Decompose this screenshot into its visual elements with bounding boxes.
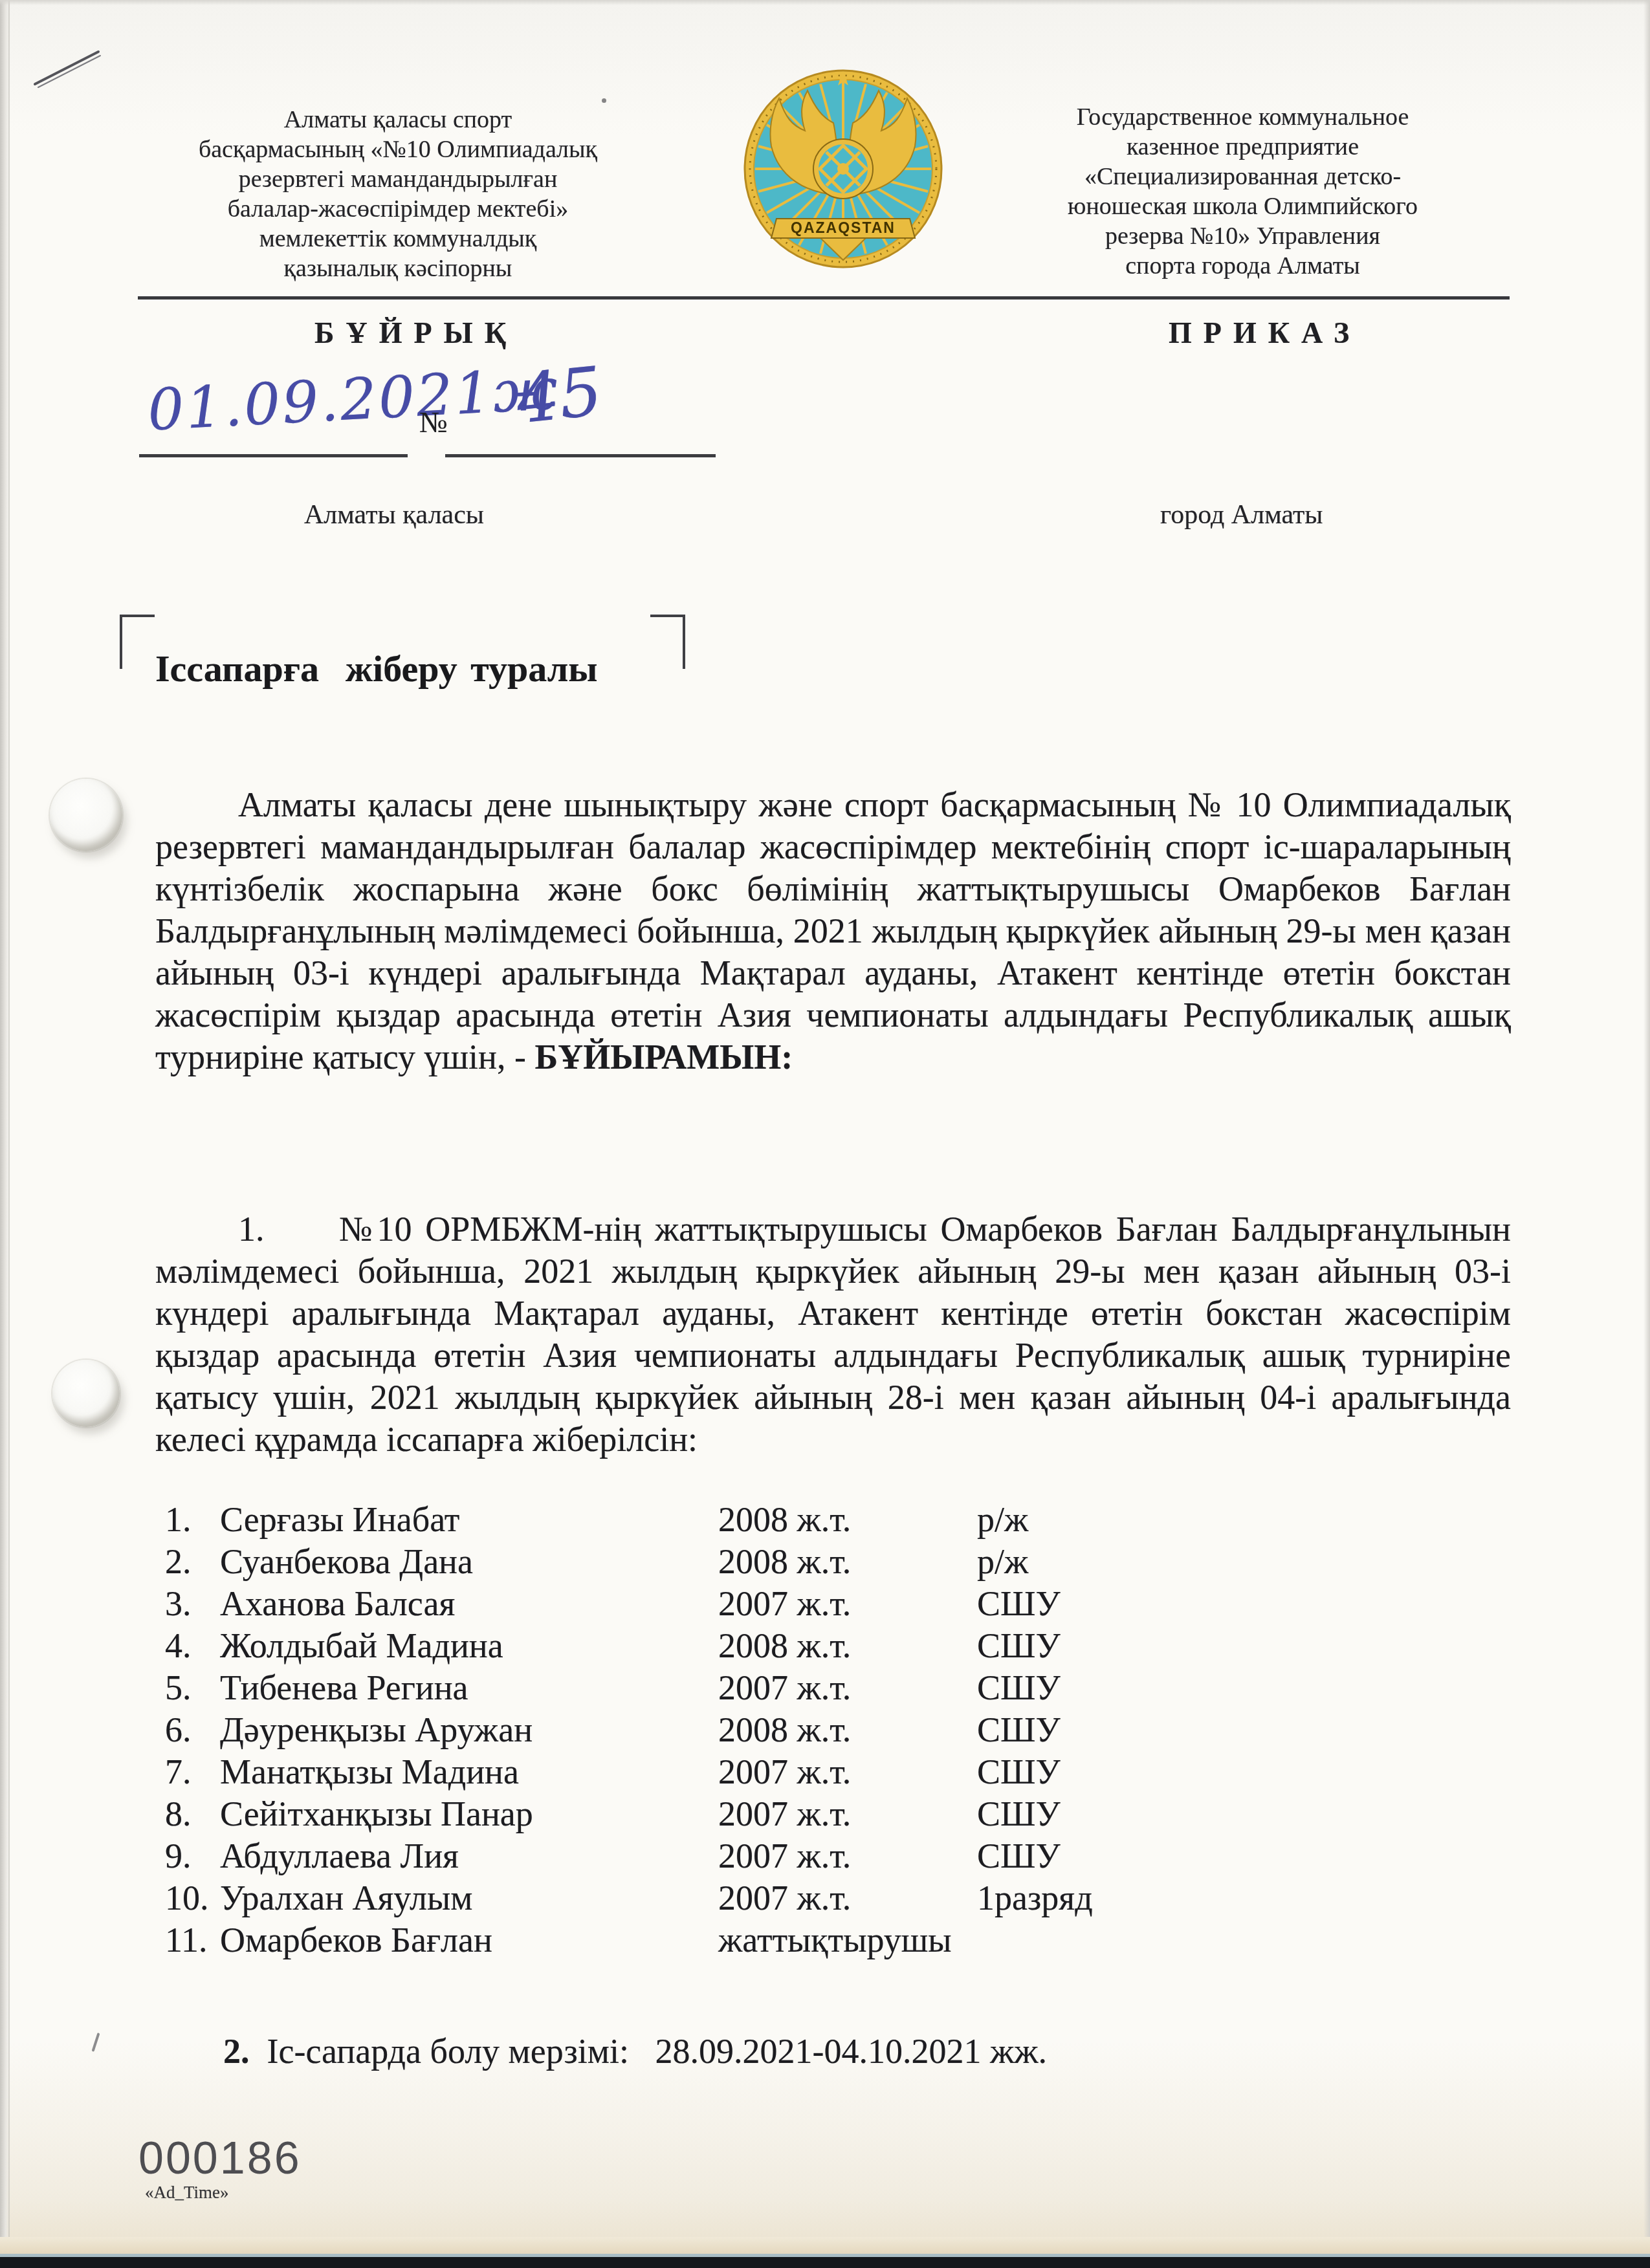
roster-number: 2. [165,1542,220,1584]
roster-category: р/ж [977,1542,1184,1584]
roster-category: СШУ [977,1626,1184,1668]
roster-number: 4. [165,1626,220,1668]
pen-mark [31,45,109,91]
roster-number: 8. [165,1794,220,1836]
table-row: 9.Абдуллаева Лия2007 ж.т.СШУ [165,1836,1184,1878]
roster-category: р/ж [977,1499,1184,1542]
roster-birth-year: 2008 ж.т. [718,1499,977,1542]
roster-name: Сейітханқызы Панар [220,1794,718,1836]
roster-name: Серғазы Инабат [220,1499,718,1542]
roster-number: 5. [165,1668,220,1710]
number-underline [445,454,716,457]
org-name-russian: Государственное коммунальное казенное пр… [1028,102,1458,281]
table-row: 7.Манатқызы Мадина2007 ж.т.СШУ [165,1752,1184,1794]
scan-bottom-bar [0,2257,1650,2268]
document-serial-number: 000186 [138,2132,302,2184]
scan-speck [602,98,606,103]
roster-number: 3. [165,1584,220,1626]
roster-category: СШУ [977,1794,1184,1836]
roster-name: Аханова Балсая [220,1584,718,1626]
roster-birth-year: 2007 ж.т. [718,1668,977,1710]
table-row: 1.Серғазы Инабат2008 ж.т.р/ж [165,1499,1184,1542]
roster-category: СШУ [977,1584,1184,1626]
handwritten-date: 01.09.2021ж [146,355,561,443]
corner-mark-right [650,615,685,669]
roster-name: Тибенева Регина [220,1668,718,1710]
roster-number: 1. [165,1499,220,1542]
roster-number: 6. [165,1710,220,1752]
table-row: 11.Омарбеков Бағланжаттықтырушы [165,1920,1184,1962]
table-row: 2.Суанбекова Дана2008 ж.т.р/ж [165,1542,1184,1584]
handwritten-order-number: 45 [512,351,606,439]
preamble-paragraph: Алматы қаласы дене шынықтыру және спорт … [155,784,1511,1078]
pen-tick-mark [91,2033,100,2052]
date-underline [139,454,408,457]
roster-birth-year: 2007 ж.т. [718,1836,977,1878]
header-divider-line [138,296,1510,300]
roster-category: 1разряд [977,1878,1184,1920]
item-2-text: Іс-сапарда болу мерзімі: 28.09.2021-04.1… [250,2032,1048,2071]
emblem-shanyrak [813,139,873,199]
roster-name: Омарбеков Бағлан [220,1920,718,1962]
table-row: 10.Уралхан Аяулым2007 ж.т.1разряд [165,1878,1184,1920]
roster-name: Уралхан Аяулым [220,1878,718,1920]
scan-edge-right [1644,0,1650,2268]
city-kazakh: Алматы қаласы [304,499,484,530]
punch-hole-bottom [52,1360,120,1427]
roster-name: Жолдыбай Мадина [220,1626,718,1668]
roster-category: СШУ [977,1752,1184,1794]
org-name-kazakh: Алматы қаласы спорт басқармасының «№10 О… [194,105,602,283]
emblem-banner-text: QAZAQSTAN [791,219,896,236]
ad-time-placeholder: «Ad_Time» [145,2183,229,2203]
preamble-directive-word: БҰЙЫРАМЫН: [534,1038,793,1076]
roster-name: Дәуренқызы Аружан [220,1710,718,1752]
roster-number: 10. [165,1878,220,1920]
roster-category: СШУ [977,1710,1184,1752]
table-row: 5.Тибенева Регина2007 ж.т.СШУ [165,1668,1184,1710]
roster-number: 9. [165,1836,220,1878]
number-sign: № [419,405,448,439]
table-row: 3.Аханова Балсая2007 ж.т.СШУ [165,1584,1184,1626]
order-item-1: 1. №10 ОРМБЖМ-нің жаттықтырушысы Омарбек… [155,1208,1511,1461]
roster-category: СШУ [977,1836,1184,1878]
item-2-number: 2. [223,2032,250,2071]
scan-edge-line [8,0,10,2268]
scan-edge-top [0,0,1650,5]
kazakhstan-coat-of-arms: QAZAQSTAN [743,69,943,269]
city-russian: город Алматы [1160,499,1323,530]
order-heading-russian: ПРИКАЗ [1169,316,1361,350]
roster-birth-year: 2007 ж.т. [718,1584,977,1626]
roster-name: Суанбекова Дана [220,1542,718,1584]
corner-mark-left [120,615,155,669]
scanned-order-document: Алматы қаласы спорт басқармасының «№10 О… [0,0,1650,2268]
roster-name: Абдуллаева Лия [220,1836,718,1878]
roster-birth-year: 2008 ж.т. [718,1626,977,1668]
roster-birth-year: 2008 ж.т. [718,1542,977,1584]
roster-category: СШУ [977,1668,1184,1710]
table-row: 4.Жолдыбай Мадина2008 ж.т.СШУ [165,1626,1184,1668]
table-row: 8.Сейітханқызы Панар2007 ж.т.СШУ [165,1794,1184,1836]
order-heading-kazakh: БҰЙРЫҚ [314,316,518,350]
roster-number: 7. [165,1752,220,1794]
roster-category [977,1920,1184,1962]
table-row: 6.Дәуренқызы Аружан2008 ж.т.СШУ [165,1710,1184,1752]
punch-hole-top [50,779,122,851]
preamble-text: Алматы қаласы дене шынықтыру және спорт … [155,785,1511,1076]
roster-birth-year: 2008 ж.т. [718,1710,977,1752]
travel-roster: 1.Серғазы Инабат2008 ж.т.р/ж 2.Суанбеков… [165,1499,1184,1962]
document-title: Іссапарға жіберу туралы [155,647,597,690]
order-item-2: 2. Іс-сапарда болу мерзімі: 28.09.2021-0… [223,2031,1047,2071]
roster-birth-year: жаттықтырушы [718,1920,977,1962]
roster-birth-year: 2007 ж.т. [718,1794,977,1836]
roster-birth-year: 2007 ж.т. [718,1752,977,1794]
roster-birth-year: 2007 ж.т. [718,1878,977,1920]
roster-name: Манатқызы Мадина [220,1752,718,1794]
roster-number: 11. [165,1920,220,1962]
